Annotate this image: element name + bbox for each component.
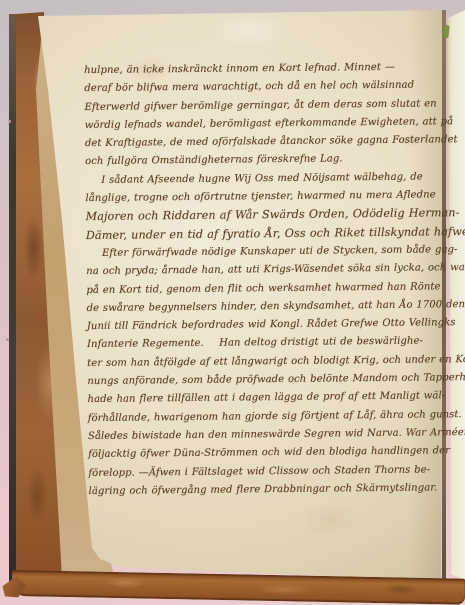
manuscript-line-text: nungs anförande, som både pröfwade och b… (87, 372, 465, 387)
manuscript-line-text: Efter förwärfwade nödige Kunskaper uti d… (102, 244, 458, 259)
manuscript-line-text: på en Kort tid, genom den flit och werks… (86, 281, 440, 296)
manuscript-line-text: lägring och öfwergång med flere Drabbnin… (88, 482, 437, 497)
manuscript-line-text: na och pryda; årnade han, att uti Krigs-… (86, 262, 465, 277)
manuscript-line-text: Dämer, under en tid af fyratio År, Oss o… (86, 225, 465, 242)
manuscript-line: lägring och öfwergång med flere Drabbnin… (88, 479, 424, 501)
manuscript-line-text: hade han flere tillfällen att i dagen lä… (87, 391, 445, 406)
manuscript-line-text: wördig lefnads wandel, berömligast efter… (85, 116, 454, 131)
manuscript-line-text: Efterwerld gifwer berömlige gerningar, å… (84, 98, 436, 113)
manuscript-line-text: ter som han åtfölgde af ett långwarigt o… (87, 354, 465, 369)
dust-speck (8, 120, 11, 123)
manuscript-line-text: följacktig öfwer Düna-Strömmen och wid d… (88, 445, 450, 460)
manuscript-line-text: hulpne, än icke inskränckt innom en Kort… (84, 62, 395, 76)
manuscript-line-text: förelopp. — (88, 464, 149, 483)
facing-page-edge (446, 10, 465, 580)
manuscript-line-text: Infanterie Regemente. (87, 335, 204, 355)
manuscript-line-text: Junii till Fändrick befordrades wid Kong… (87, 317, 456, 332)
page-gutter-crease (442, 10, 446, 580)
dust-speck (6, 338, 9, 341)
manuscript-line-text: förhållande, hwarigenom han gjorde sig f… (88, 409, 462, 424)
manuscript-line-text: det Kraftigaste, de med oförfalskade åta… (85, 134, 458, 149)
manuscript-line-text: och fullgöra Omständigheternas föreskref… (85, 154, 343, 168)
manuscript-line-text: långlige, trogne och oförtrutne tjenster… (85, 189, 435, 204)
manuscript-line-text: Han deltog dristigt uti de beswärlighe- (219, 333, 423, 353)
photo-of-manuscript: hulpne, än icke inskränckt innom en Kort… (0, 0, 465, 605)
manuscript-line-text: Majoren och Riddaren af Wår Swärds Orden… (86, 206, 460, 223)
manuscript-line-text: deraf bör blifwa mera warachtigt, och då… (84, 80, 414, 94)
manuscript-line-text: Således biwistade han den minneswärde Se… (88, 427, 465, 442)
manuscript-line-text: de swårare begynnelsers hinder, den skyn… (87, 299, 465, 314)
manuscript-text: hulpne, än icke inskränckt innom en Kort… (84, 58, 425, 501)
manuscript-line-text: I sådant Afseende hugne Wij Oss med Nöij… (101, 171, 423, 185)
